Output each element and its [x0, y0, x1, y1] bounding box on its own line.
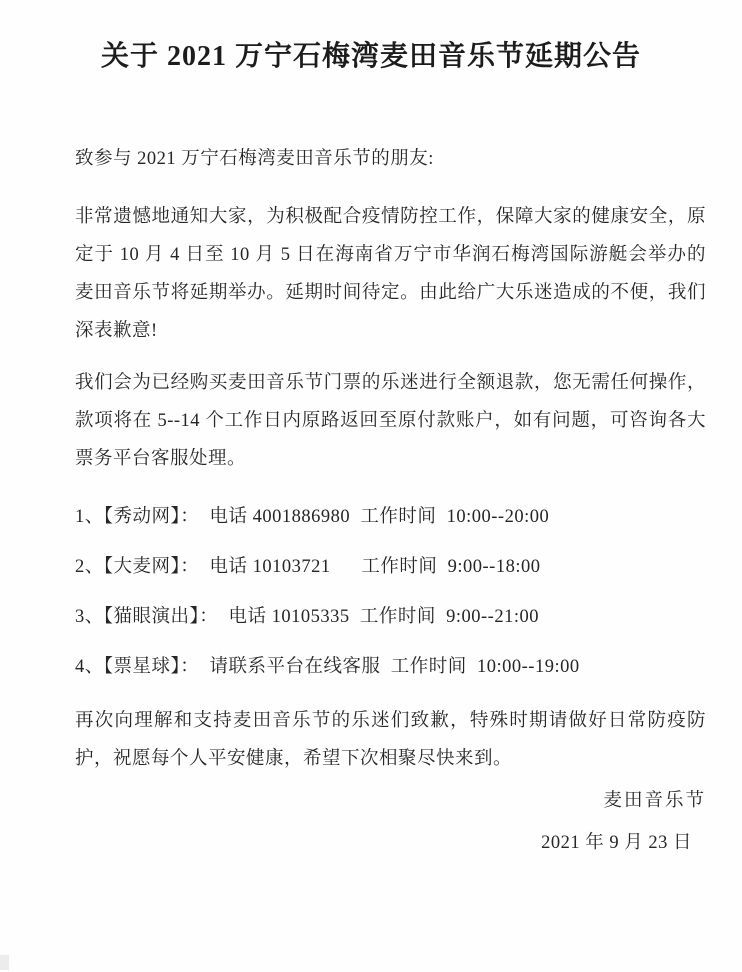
signature-organizer: 麦田音乐节 [75, 786, 706, 816]
scan-artifact [0, 955, 9, 970]
contact-line-xiudongwang: 1、【秀动网】： 电话 4001886980 工作时间 10:00--20:00 [75, 502, 706, 532]
page-title: 关于 2021 万宁石梅湾麦田音乐节延期公告 [0, 34, 742, 80]
refund-contact-list: 1、【秀动网】： 电话 4001886980 工作时间 10:00--20:00… [75, 502, 706, 682]
announcement-document: 关于 2021 万宁石梅湾麦田音乐节延期公告 致参与 2021 万宁石梅湾麦田音… [0, 0, 742, 972]
body-paragraph-refund: 我们会为已经购买麦田音乐节门票的乐迷进行全额退款，您无需任何操作，款项将在 5-… [75, 364, 706, 478]
contact-line-maoyanyanchu: 3、【猫眼演出】： 电话 10105335 工作时间 9:00--21:00 [75, 602, 706, 632]
document-body: 致参与 2021 万宁石梅湾麦田音乐节的朋友: 非常遗憾地通知大家，为积极配合疫… [0, 144, 742, 858]
body-paragraph-postponement: 非常遗憾地通知大家，为积极配合疫情防控工作，保障大家的健康安全，原定于 10 月… [75, 198, 706, 350]
contact-line-piaoxingqiu: 4、【票星球】： 请联系平台在线客服 工作时间 10:00--19:00 [75, 652, 706, 682]
announcement-date: 2021 年 9 月 23 日 [75, 828, 706, 858]
contact-line-damaiwang: 2、【大麦网】： 电话 10103721 工作时间 9:00--18:00 [75, 552, 706, 582]
closing-paragraph: 再次向理解和支持麦田音乐节的乐迷们致歉，特殊时期请做好日常防疫防护，祝愿每个人平… [75, 702, 706, 778]
greeting-line: 致参与 2021 万宁石梅湾麦田音乐节的朋友: [75, 144, 706, 174]
